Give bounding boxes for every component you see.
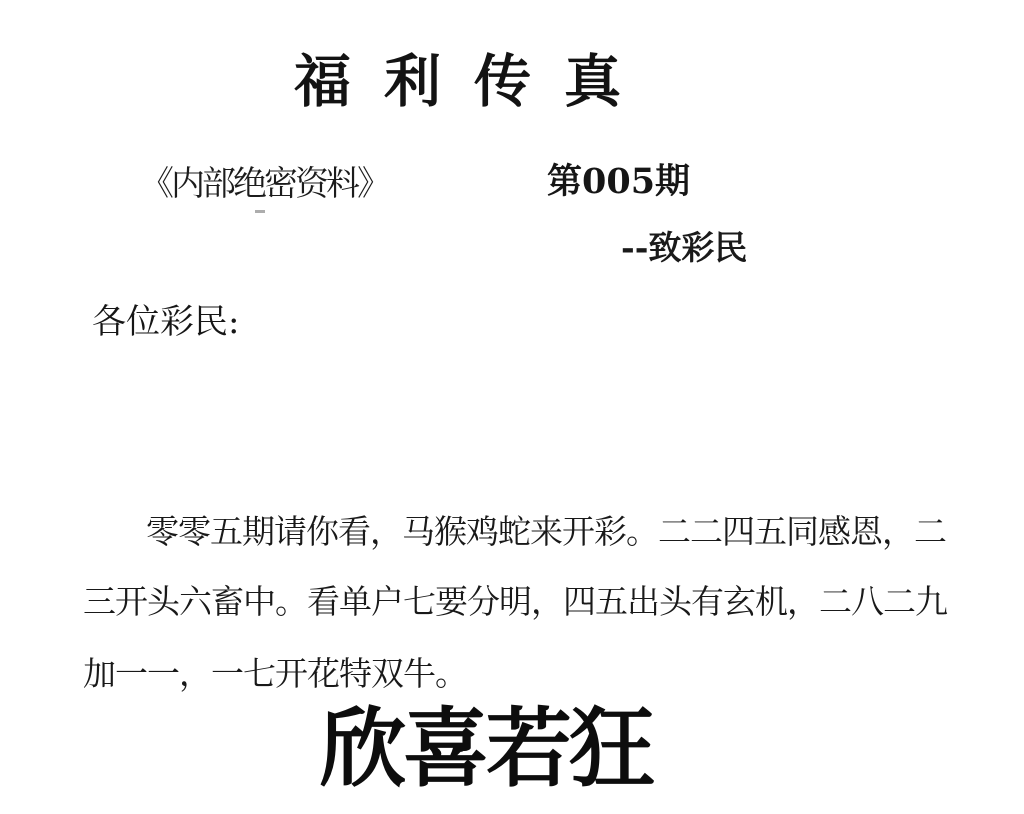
classification-label: 《内部绝密资料》 — [140, 156, 388, 205]
verse-line-2: 三开头六畜中。看单户七要分明，四五出头有玄机，二八二九 — [83, 576, 947, 623]
salutation-line: 各位彩民: — [92, 294, 239, 343]
verse-line-1: 零零五期请你看，马猴鸡蛇来开彩。二二四五同感恩，二 — [146, 506, 946, 553]
dedication-line: --致彩民 — [621, 222, 747, 269]
issue-number: 第005期 — [547, 154, 690, 204]
verse-line-3: 加一一，一七开花特双牛。 — [83, 648, 467, 695]
scan-artifact-dash — [255, 210, 265, 213]
fax-document-page: 福利传真 《内部绝密资料》 第005期 --致彩民 各位彩民: 零零五期请你看，… — [0, 0, 1024, 814]
closing-headline: 欣喜若狂 — [320, 702, 652, 797]
document-title: 福利传真 — [294, 50, 654, 116]
